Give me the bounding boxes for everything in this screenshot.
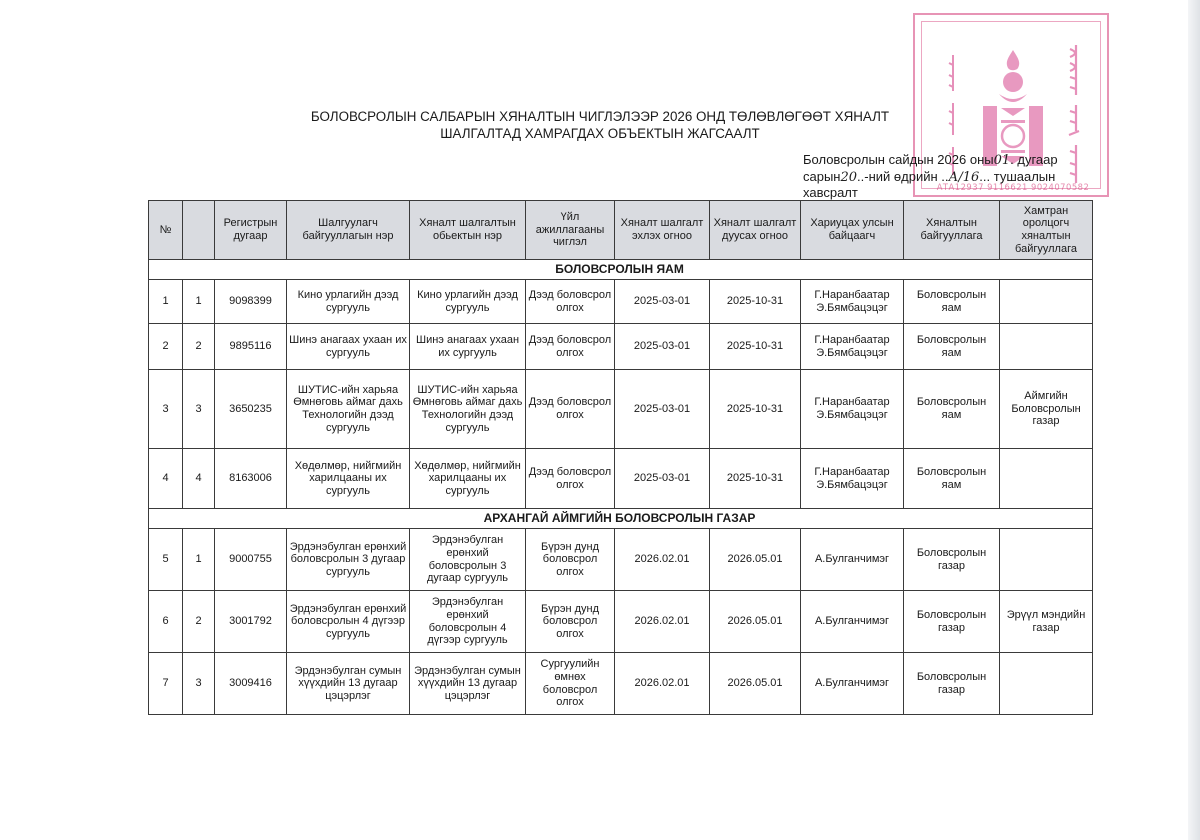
cell-inspector: Г.Наранбаатар Э.Бямбацэцэг bbox=[801, 324, 904, 370]
cell-start-date: 2026.02.01 bbox=[615, 591, 710, 653]
cell-sub-number: 1 bbox=[183, 280, 215, 324]
cell-start-date: 2026.02.01 bbox=[615, 529, 710, 591]
cell-activity-type: Дээд боловсрол олгох bbox=[526, 280, 615, 324]
cell-partner-organization bbox=[1000, 653, 1093, 715]
cell-number: 1 bbox=[149, 280, 183, 324]
table-row: 733009416Эрдэнэбулган сумын хүүхдийн 13 … bbox=[149, 653, 1093, 715]
col-header-sub-number bbox=[183, 201, 215, 260]
cell-number: 3 bbox=[149, 370, 183, 449]
cell-object-name: Кино урлагийн дээд сургууль bbox=[410, 280, 526, 324]
cell-object-name: Хөдөлмөр, нийгмийн харилцааны их сургуул… bbox=[410, 449, 526, 509]
cell-sub-number: 2 bbox=[183, 324, 215, 370]
cell-activity-type: Сургуулийн өмнөх боловсрол олгох bbox=[526, 653, 615, 715]
title-line-2: ШАЛГАЛТАД ХАМРАГДАХ ОБЪЕКТЫН ЖАГСААЛТ bbox=[300, 125, 900, 142]
cell-inspector: Г.Наранбаатар Э.Бямбацэцэг bbox=[801, 280, 904, 324]
cell-register-number: 3650235 bbox=[215, 370, 287, 449]
annex-text: Боловсролын сайдын 2026 оны bbox=[803, 152, 994, 167]
cell-inspector: А.Булганчимэг bbox=[801, 591, 904, 653]
cell-activity-type: Бүрэн дунд боловсрол олгох bbox=[526, 529, 615, 591]
annex-note-line-2: сарын20..-ний өдрийн ..А/16... тушаалын bbox=[803, 169, 1103, 186]
inspection-objects-table: № Регистрын дугаар Шалгуулагч байгууллаг… bbox=[148, 200, 1093, 715]
cell-organization-name: Хөдөлмөр, нийгмийн харилцааны их сургуул… bbox=[287, 449, 410, 509]
cell-inspector: Г.Наранбаатар Э.Бямбацэцэг bbox=[801, 370, 904, 449]
cell-end-date: 2025-10-31 bbox=[710, 280, 801, 324]
cell-number: 4 bbox=[149, 449, 183, 509]
cell-end-date: 2026.05.01 bbox=[710, 529, 801, 591]
cell-number: 5 bbox=[149, 529, 183, 591]
cell-object-name: Эрдэнэбулган ерөнхий боловсролын 4 дүгээ… bbox=[410, 591, 526, 653]
cell-control-organization: Боловсролын яам bbox=[904, 449, 1000, 509]
cell-control-organization: Боловсролын яам bbox=[904, 280, 1000, 324]
cell-start-date: 2025-03-01 bbox=[615, 449, 710, 509]
cell-end-date: 2025-10-31 bbox=[710, 370, 801, 449]
cell-register-number: 8163006 bbox=[215, 449, 287, 509]
annex-note-line-1: Боловсролын сайдын 2026 оны01. дугаар bbox=[803, 152, 1103, 169]
cell-organization-name: Шинэ анагаах ухаан их сургууль bbox=[287, 324, 410, 370]
cell-control-organization: Боловсролын яам bbox=[904, 324, 1000, 370]
cell-organization-name: Эрдэнэбулган сумын хүүхдийн 13 дугаар цэ… bbox=[287, 653, 410, 715]
annex-text: ..-ний өдрийн .. bbox=[857, 169, 948, 184]
table-header-row: № Регистрын дугаар Шалгуулагч байгууллаг… bbox=[149, 201, 1093, 260]
cell-object-name: Эрдэнэбулган ерөнхий боловсролын 3 дугаа… bbox=[410, 529, 526, 591]
col-header-number: № bbox=[149, 201, 183, 260]
cell-sub-number: 3 bbox=[183, 370, 215, 449]
cell-activity-type: Дээд боловсрол олгох bbox=[526, 324, 615, 370]
cell-partner-organization bbox=[1000, 324, 1093, 370]
cell-organization-name: Эрдэнэбулган ерөнхий боловсролын 4 дүгээ… bbox=[287, 591, 410, 653]
cell-end-date: 2026.05.01 bbox=[710, 591, 801, 653]
cell-activity-type: Дээд боловсрол олгох bbox=[526, 370, 615, 449]
cell-organization-name: ШУТИС-ийн харьяа Өмнөговь аймаг дахь Тех… bbox=[287, 370, 410, 449]
section-row: АРХАНГАЙ АЙМГИЙН БОЛОВСРОЛЫН ГАЗАР bbox=[149, 509, 1093, 529]
cell-partner-organization bbox=[1000, 449, 1093, 509]
document-title: БОЛОВСРОЛЫН САЛБАРЫН ХЯНАЛТЫН ЧИГЛЭЛЭЭР … bbox=[300, 108, 900, 142]
cell-start-date: 2026.02.01 bbox=[615, 653, 710, 715]
cell-start-date: 2025-03-01 bbox=[615, 370, 710, 449]
scan-edge bbox=[1188, 0, 1200, 840]
cell-sub-number: 4 bbox=[183, 449, 215, 509]
cell-control-organization: Боловсролын газар bbox=[904, 529, 1000, 591]
cell-end-date: 2025-10-31 bbox=[710, 324, 801, 370]
cell-start-date: 2025-03-01 bbox=[615, 324, 710, 370]
annex-text: ... тушаалын bbox=[979, 169, 1055, 184]
col-header-inspector: Хариуцах улсын байцаагч bbox=[801, 201, 904, 260]
table-row: 623001792Эрдэнэбулган ерөнхий боловсролы… bbox=[149, 591, 1093, 653]
cell-register-number: 9895116 bbox=[215, 324, 287, 370]
table-row: 333650235ШУТИС-ийн харьяа Өмнөговь аймаг… bbox=[149, 370, 1093, 449]
cell-inspector: Г.Наранбаатар Э.Бямбацэцэг bbox=[801, 449, 904, 509]
cell-number: 2 bbox=[149, 324, 183, 370]
section-title: АРХАНГАЙ АЙМГИЙН БОЛОВСРОЛЫН ГАЗАР bbox=[149, 509, 1093, 529]
title-line-1: БОЛОВСРОЛЫН САЛБАРЫН ХЯНАЛТЫН ЧИГЛЭЛЭЭР … bbox=[300, 108, 900, 125]
cell-sub-number: 2 bbox=[183, 591, 215, 653]
col-header-start-date: Хяналт шалгалт эхлэх огноо bbox=[615, 201, 710, 260]
cell-end-date: 2025-10-31 bbox=[710, 449, 801, 509]
col-header-organization-name: Шалгуулагч байгууллагын нэр bbox=[287, 201, 410, 260]
cell-end-date: 2026.05.01 bbox=[710, 653, 801, 715]
cell-control-organization: Боловсролын яам bbox=[904, 370, 1000, 449]
cell-object-name: ШУТИС-ийн харьяа Өмнөговь аймаг дахь Тех… bbox=[410, 370, 526, 449]
handwritten-order-number: А/16 bbox=[948, 170, 979, 185]
section-title: БОЛОВСРОЛЫН ЯАМ bbox=[149, 260, 1093, 280]
cell-partner-organization: Эрүүл мэндийн газар bbox=[1000, 591, 1093, 653]
annex-text: сарын bbox=[803, 169, 840, 184]
cell-register-number: 9000755 bbox=[215, 529, 287, 591]
col-header-control-organization: Хяналтын байгууллага bbox=[904, 201, 1000, 260]
table-row: 119098399Кино урлагийн дээд сургуульКино… bbox=[149, 280, 1093, 324]
annex-note: Боловсролын сайдын 2026 оны01. дугаар са… bbox=[803, 152, 1103, 201]
annex-note-line-3: хавсралт bbox=[803, 185, 1103, 201]
cell-partner-organization bbox=[1000, 280, 1093, 324]
cell-sub-number: 1 bbox=[183, 529, 215, 591]
annex-text: . дугаар bbox=[1010, 152, 1057, 167]
cell-organization-name: Кино урлагийн дээд сургууль bbox=[287, 280, 410, 324]
cell-start-date: 2025-03-01 bbox=[615, 280, 710, 324]
section-row: БОЛОВСРОЛЫН ЯАМ bbox=[149, 260, 1093, 280]
cell-inspector: А.Булганчимэг bbox=[801, 529, 904, 591]
cell-control-organization: Боловсролын газар bbox=[904, 653, 1000, 715]
col-header-end-date: Хяналт шалгалт дуусах огноо bbox=[710, 201, 801, 260]
cell-partner-organization: Аймгийн Боловсролын газар bbox=[1000, 370, 1093, 449]
cell-register-number: 3009416 bbox=[215, 653, 287, 715]
col-header-activity-type: Үйл ажиллагааны чиглэл bbox=[526, 201, 615, 260]
handwritten-month: 01 bbox=[994, 153, 1011, 168]
cell-register-number: 3001792 bbox=[215, 591, 287, 653]
handwritten-day: 20 bbox=[840, 170, 857, 185]
table-row: 229895116Шинэ анагаах ухаан их сургуульШ… bbox=[149, 324, 1093, 370]
cell-number: 7 bbox=[149, 653, 183, 715]
cell-activity-type: Бүрэн дунд боловсрол олгох bbox=[526, 591, 615, 653]
cell-partner-organization bbox=[1000, 529, 1093, 591]
cell-object-name: Шинэ анагаах ухаан их сургууль bbox=[410, 324, 526, 370]
col-header-partner-organization: Хамтран оролцогч хяналтын байгууллага bbox=[1000, 201, 1093, 260]
table-row: 448163006Хөдөлмөр, нийгмийн харилцааны и… bbox=[149, 449, 1093, 509]
col-header-register-number: Регистрын дугаар bbox=[215, 201, 287, 260]
cell-control-organization: Боловсролын газар bbox=[904, 591, 1000, 653]
cell-activity-type: Дээд боловсрол олгох bbox=[526, 449, 615, 509]
cell-number: 6 bbox=[149, 591, 183, 653]
cell-object-name: Эрдэнэбулган сумын хүүхдийн 13 дугаар цэ… bbox=[410, 653, 526, 715]
col-header-object-name: Хяналт шалгалтын обьектын нэр bbox=[410, 201, 526, 260]
cell-register-number: 9098399 bbox=[215, 280, 287, 324]
cell-organization-name: Эрдэнэбулган ерөнхий боловсролын 3 дугаа… bbox=[287, 529, 410, 591]
cell-inspector: А.Булганчимэг bbox=[801, 653, 904, 715]
table-row: 519000755Эрдэнэбулган ерөнхий боловсролы… bbox=[149, 529, 1093, 591]
cell-sub-number: 3 bbox=[183, 653, 215, 715]
